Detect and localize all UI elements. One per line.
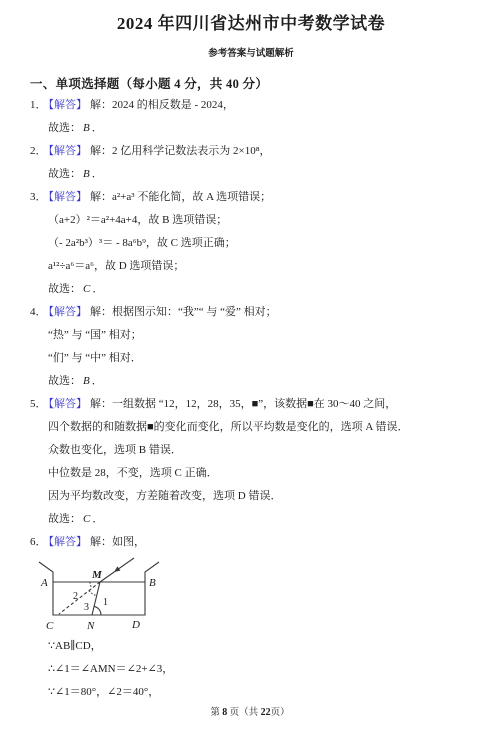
footer-text: 第 <box>210 708 220 718</box>
choose-period: ． <box>92 168 103 180</box>
answer-tag: 【解答】 <box>49 145 88 157</box>
item-1-choose-line: 故选：B． <box>30 117 472 140</box>
item-number: 5． <box>30 398 47 410</box>
label-M: M <box>91 569 103 581</box>
answer-letter: B <box>83 375 90 387</box>
solution-text: 解：a²+a³ 不能化简，故 A 选项错误； <box>90 191 271 203</box>
answer-letter: C <box>83 513 90 525</box>
label-A: A <box>40 577 48 589</box>
item-3-solution-line: 3．【解答】解：a²+a³ 不能化简，故 A 选项错误； <box>30 186 472 209</box>
solution-text: 解：一组数据 “12，12，28，35，■”，该数据■在 30～40 之间， <box>90 398 396 410</box>
item-5-step-line: 中位数是 28，不变，选项 C 正确． <box>30 462 472 485</box>
choose-prefix: 故选： <box>48 283 81 295</box>
answer-letter: C <box>83 283 90 295</box>
label-angle-3: 3 <box>84 602 89 613</box>
footer-text: 页（共 <box>230 708 259 718</box>
answer-letter: B <box>83 168 90 180</box>
choose-period: ． <box>92 513 103 525</box>
label-N: N <box>86 620 95 632</box>
item-4-solution-line: 4．【解答】解：根据图示知：“我”“ 与 “爱” 相对； <box>30 301 472 324</box>
page-subtitle: 参考答案与试题解析 <box>30 48 472 60</box>
item-6-step-line: ∵AB∥CD， <box>30 635 472 658</box>
page-footer: 第 8 页（共 22页） <box>0 707 500 719</box>
item-2-solution-line: 2．【解答】解：2 亿用科学记数法表示为 2×10⁸， <box>30 140 472 163</box>
angle-3-arc <box>89 591 97 596</box>
section-heading: 一、单项选择题（每小题 4 分，共 40 分） <box>30 75 472 94</box>
answer-tag: 【解答】 <box>49 99 88 111</box>
item-number: 4． <box>30 306 47 318</box>
solution-text: 解：2 亿用科学记数法表示为 2×10⁸， <box>90 145 271 157</box>
answer-tag: 【解答】 <box>49 536 88 548</box>
figure-6-svg: A B C D M N 1 2 3 <box>35 555 225 634</box>
choose-prefix: 故选： <box>48 122 81 134</box>
item-5-solution-line: 5．【解答】解：一组数据 “12，12，28，35，■”，该数据■在 30～40… <box>30 393 472 416</box>
item-5-step-line: 众数也变化，选项 B 错误． <box>30 439 472 462</box>
item-6-step-line: ∴∠1＝∠AMN＝∠2+∠3， <box>30 658 472 681</box>
choose-period: ． <box>92 375 103 387</box>
footer-text: 页） <box>271 708 290 718</box>
geometry-figure: A B C D M N 1 2 3 <box>35 555 472 634</box>
answer-tag: 【解答】 <box>49 398 88 410</box>
solution-text: 解：根据图示知：“我”“ 与 “爱” 相对； <box>90 306 277 318</box>
answer-tag: 【解答】 <box>49 191 88 203</box>
document-page: 2024 年四川省达州市中考数学试卷 参考答案与试题解析 一、单项选择题（每小题… <box>0 0 500 733</box>
item-number: 1． <box>30 99 47 111</box>
item-6-step-line: ∵∠1＝80°，∠2＝40°， <box>30 681 472 704</box>
item-5-step-line: 四个数据的和随数据■的变化而变化，所以平均数是变化的，选项 A 错误． <box>30 416 472 439</box>
item-1-solution-line: 1．【解答】解：2024 的相反数是 - 2024， <box>30 94 472 117</box>
item-5-choose-line: 故选：C． <box>30 508 472 531</box>
choose-prefix: 故选： <box>48 513 81 525</box>
label-C: C <box>46 620 54 632</box>
item-number: 6． <box>30 536 47 548</box>
page-title: 2024 年四川省达州市中考数学试卷 <box>30 13 472 35</box>
angle-1-arc <box>94 606 101 615</box>
angle-2-arc <box>90 582 92 588</box>
label-angle-2: 2 <box>73 591 78 602</box>
item-4-choose-line: 故选：B． <box>30 370 472 393</box>
label-B: B <box>149 577 156 589</box>
item-3-step-line: （a+2）²＝a²+4a+4，故 B 选项错误； <box>30 209 472 232</box>
item-3-choose-line: 故选：C． <box>30 278 472 301</box>
solution-text: 解：如图， <box>90 536 145 548</box>
answer-tag: 【解答】 <box>49 306 88 318</box>
item-2-choose-line: 故选：B． <box>30 163 472 186</box>
item-3-step-line: a¹²÷a⁶＝a⁶，故 D 选项错误； <box>30 255 472 278</box>
item-6-solution-line: 6．【解答】解：如图， <box>30 531 472 554</box>
ray-arrowhead-icon <box>114 566 120 572</box>
page-number: 8 <box>222 707 227 718</box>
label-D: D <box>131 619 140 631</box>
item-5-step-line: 因为平均数改变，方差随着改变，选项 D 错误． <box>30 485 472 508</box>
item-number: 2． <box>30 145 47 157</box>
total-pages: 22 <box>261 707 271 718</box>
answer-letter: B <box>83 122 90 134</box>
item-3-step-line: （- 2a²b³）³＝ - 8a⁶b⁹，故 C 选项正确； <box>30 232 472 255</box>
solution-text: 解：2024 的相反数是 - 2024， <box>90 99 234 111</box>
choose-prefix: 故选： <box>48 168 81 180</box>
choose-period: ． <box>92 122 103 134</box>
item-4-step-line: “热” 与 “国” 相对； <box>30 324 472 347</box>
choose-period: ． <box>92 283 103 295</box>
label-angle-1: 1 <box>103 597 108 608</box>
item-4-step-line: “们” 与 “中” 相对． <box>30 347 472 370</box>
item-number: 3． <box>30 191 47 203</box>
choose-prefix: 故选： <box>48 375 81 387</box>
